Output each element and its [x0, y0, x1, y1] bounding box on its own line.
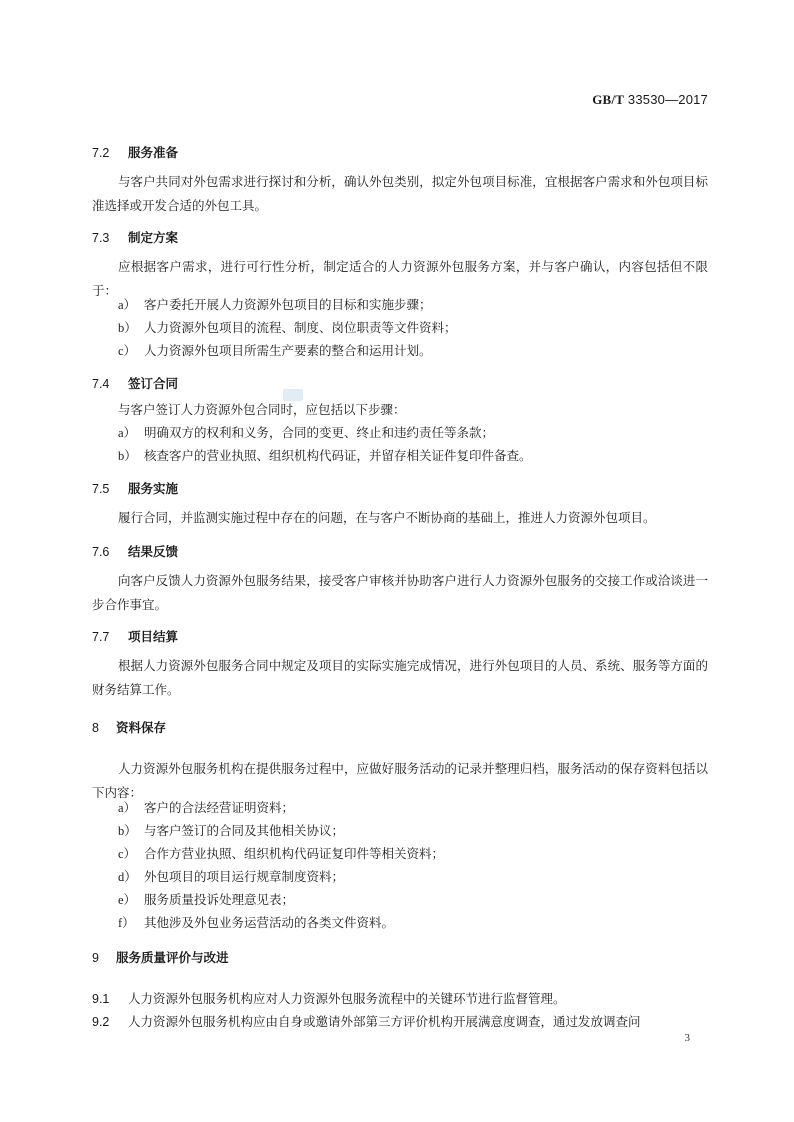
standard-number: 33530—2017	[628, 92, 708, 107]
list-item: c）合作方营业执照、组织机构代码证复印件等相关资料；	[92, 842, 734, 866]
paragraph-7-2: 与客户共同对外包需求进行探讨和分析，确认外包类别，拟定外包项目标准，宜根据客户需…	[92, 170, 708, 218]
list-item: c）人力资源外包项目所需生产要素的整合和运用计划。	[92, 339, 734, 363]
list-item: b）核查客户的营业执照、组织机构代码证，并留存相关证件复印件备查。	[92, 444, 734, 468]
paragraph-7-7: 根据人力资源外包服务合同中规定及项目的实际实施完成情况，进行外包项目的人员、系统…	[92, 654, 708, 702]
heading-9: 9服务质量评价与改进	[92, 948, 708, 966]
document-page: GB/T 33530—2017 7.2服务准备 与客户共同对外包需求进行探讨和分…	[0, 0, 794, 1122]
paragraph-7-4: 与客户签订人力资源外包合同时，应包括以下步骤：	[92, 398, 708, 422]
paragraph-7-6: 向客户反馈人力资源外包服务结果，接受客户审核并协助客户进行人力资源外包服务的交接…	[92, 569, 708, 617]
standard-code: GB/T 33530—2017	[592, 92, 708, 108]
list-item: b）与客户签订的合同及其他相关协议；	[92, 819, 734, 843]
clause-9-2: 9.2人力资源外包服务机构应由自身或邀请外部第三方评价机构开展满意度调查，通过发…	[92, 1010, 708, 1034]
heading-7-7: 7.7项目结算	[92, 627, 708, 645]
paragraph-7-5: 履行合同，并监测实施过程中存在的问题，在与客户不断协商的基础上，推进人力资源外包…	[92, 506, 708, 530]
clause-9-1: 9.1人力资源外包服务机构应对人力资源外包服务流程中的关键环节进行监督管理。	[92, 987, 708, 1011]
list-item: a）客户委托开展人力资源外包项目的目标和实施步骤；	[92, 293, 734, 317]
list-item: a）客户的合法经营证明资料；	[92, 796, 734, 820]
list-item: f）其他涉及外包业务运营活动的各类文件资料。	[92, 911, 734, 935]
list-item: b）人力资源外包项目的流程、制度、岗位职责等文件资料；	[92, 316, 734, 340]
heading-7-4: 7.4签订合同	[92, 374, 708, 392]
heading-7-2: 7.2服务准备	[92, 143, 708, 161]
heading-7-5: 7.5服务实施	[92, 479, 708, 497]
standard-prefix: GB/T	[592, 92, 624, 107]
heading-8: 8资料保存	[92, 718, 708, 736]
list-item: d）外包项目的项目运行规章制度资料；	[92, 865, 734, 889]
list-item: a）明确双方的权利和义务，合同的变更、终止和违约责任等条款；	[92, 421, 734, 445]
heading-7-3: 7.3制定方案	[92, 228, 708, 246]
list-item: e）服务质量投诉处理意见表；	[92, 888, 734, 912]
heading-7-6: 7.6结果反馈	[92, 542, 708, 560]
page-number: 3	[685, 1032, 691, 1044]
